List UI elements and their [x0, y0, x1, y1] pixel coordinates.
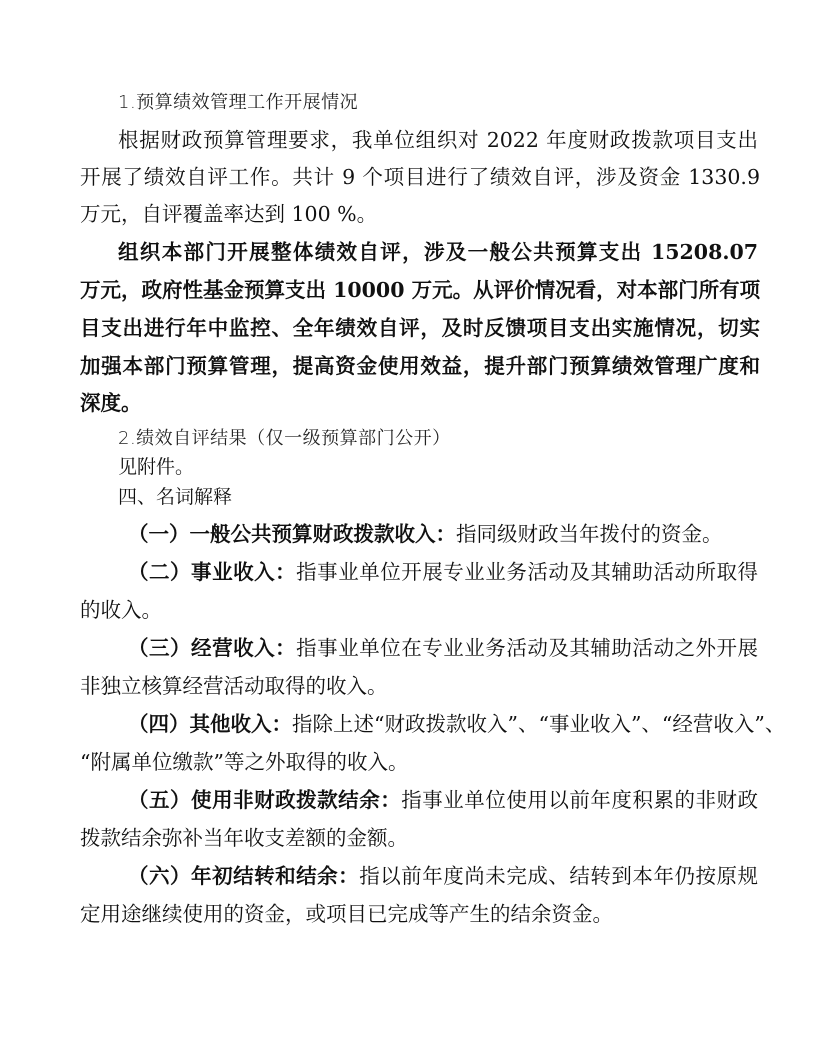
term-definition-6: （六）年初结转和结余：指以前年度尚未完成、结转到本年仍按原规 [128, 863, 758, 889]
term-text: 指事业单位在专业业务活动及其辅助活动之外开展 [296, 636, 758, 660]
paragraph-line: 根据财政预算管理要求，我单位组织对 2022 年度财政拨款项目支出 [118, 127, 758, 153]
term-text: 指除上述“财政拨款收入”、“事业收入”、“经营收入”、 [292, 712, 785, 736]
term-text-continued: 非独立核算经营活动取得的收入。 [80, 673, 388, 699]
term-text: 指同级财政当年拨付的资金。 [456, 522, 723, 546]
attachment-note: 见附件。 [118, 454, 194, 480]
term-label: （四）其他收入 [128, 712, 272, 736]
bold-paragraph-line: 万元，政府性基金预算支出 10000 万元。从评价情况看，对本部门所有项 [80, 277, 760, 303]
term-text: 指事业单位开展专业业务活动及其辅助活动所取得 [296, 560, 758, 584]
term-label: （五）使用非财政拨款结余 [128, 788, 380, 812]
term-text-continued: 拨款结余弥补当年收支差额的金额。 [80, 825, 408, 851]
term-text-continued: 定用途继续使用的资金，或项目已完成等产生的结余资金。 [80, 901, 613, 927]
term-label: （三）经营收入 [128, 636, 275, 660]
paragraph-line: 万元，自评覆盖率达到 100 %。 [80, 201, 377, 227]
term-label: （二）事业收入 [128, 560, 275, 584]
section-heading-4: 四、名词解释 [118, 484, 232, 510]
term-definition-5: （五）使用非财政拨款结余：指事业单位使用以前年度积累的非财政 [128, 787, 758, 813]
bold-paragraph-line: 加强本部门预算管理，提高资金使用效益，提升部门预算绩效管理广度和 [80, 353, 760, 379]
term-text-continued: “附属单位缴款”等之外取得的收入。 [80, 749, 408, 775]
term-label: （六）年初结转和结余 [128, 864, 338, 888]
bold-paragraph-line: 目支出进行年中监控、全年绩效自评，及时反馈项目支出实施情况，切实 [80, 315, 760, 341]
term-text-continued: 的收入。 [80, 597, 162, 623]
paragraph-line: 开展了绩效自评工作。共计 9 个项目进行了绩效自评，涉及资金 1330.9 [80, 164, 760, 190]
term-definition-4: （四）其他收入：指除上述“财政拨款收入”、“事业收入”、“经营收入”、 [128, 711, 758, 737]
term-definition-3: （三）经营收入：指事业单位在专业业务活动及其辅助活动之外开展 [128, 635, 758, 661]
term-text: 指以前年度尚未完成、结转到本年仍按原规 [359, 864, 758, 888]
term-text: 指事业单位使用以前年度积累的非财政 [401, 788, 758, 812]
term-definition-2: （二）事业收入：指事业单位开展专业业务活动及其辅助活动所取得 [128, 559, 758, 585]
term-label: （一）一般公共预算财政拨款收入 [128, 522, 436, 546]
bold-paragraph-line: 组织本部门开展整体绩效自评，涉及一般公共预算支出 15208.07 [118, 239, 758, 265]
section-heading-2: 2.绩效自评结果（仅一级预算部门公开） [118, 426, 451, 452]
term-definition-1: （一）一般公共预算财政拨款收入：指同级财政当年拨付的资金。 [128, 521, 723, 547]
section-heading-1: 1.预算绩效管理工作开展情况 [118, 90, 358, 116]
bold-paragraph-line: 深度。 [80, 390, 142, 416]
